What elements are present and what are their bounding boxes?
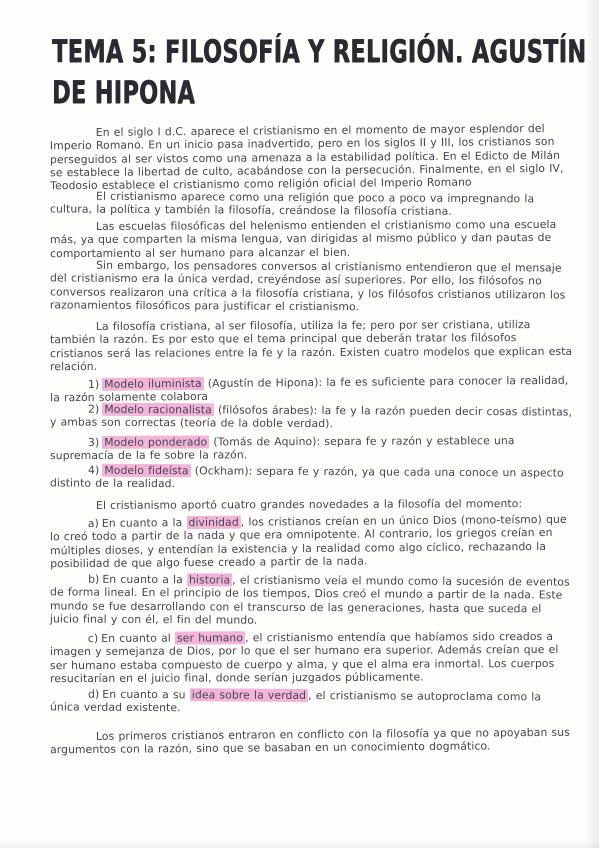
novelty-lead: En cuanto a la [102,516,187,530]
novelty-item-historia: b)En cuanto a la historia, el cristianis… [50,573,573,629]
model-item-fideista: 4)Modelo fideísta (Ockham): separa fe y … [50,464,573,494]
model-item-iluminista: 1)Modelo iluminista (Agustín de Hipona):… [50,374,573,405]
closing-paragraph: Los primeros cristianos entraron en conf… [50,726,573,757]
novelty-lead: En cuanto a su [102,687,190,701]
model-term-highlight: Modelo iluminista [102,377,204,391]
model-number: 3) [88,435,99,448]
paragraph-religion-philosophy: El cristianismo aparece como una religió… [50,190,573,220]
novelty-letter: d) [88,687,99,700]
novelty-term-highlight: idea sobre la verdad [190,688,308,702]
novelty-term-highlight: divinidad [186,516,240,529]
novelty-item-divinidad: a)En cuanto a la divinidad, los cristian… [50,513,573,571]
model-term-highlight: Modelo fideísta [102,464,190,478]
novelty-letter: b) [88,573,99,586]
novelty-letter: a) [88,517,99,530]
novelty-item-ser-humano: c)En cuanto al ser humano, el cristianis… [50,630,573,685]
novelty-term-highlight: historia [187,573,232,586]
paragraph-hellenistic-schools: Las escuelas filosóficas del helenismo e… [50,218,573,260]
page-title-line-1: TEMA 5: FILOSOFÍA Y RELIGIÓN. AGUSTÍN [52,32,427,73]
novelty-lead: En cuanto a la [102,573,187,587]
page-title: TEMA 5: FILOSOFÍA Y RELIGIÓN. AGUSTÍN DE… [52,32,573,114]
model-number: 4) [88,464,99,477]
model-number: 1) [88,378,99,391]
page-title-line-2: DE HIPONA [52,73,427,114]
novelties-intro: El cristianismo aportó cuatro grandes no… [50,497,573,513]
handwritten-notes-page: TEMA 5: FILOSOFÍA Y RELIGIÓN. AGUSTÍN DE… [0,0,599,848]
model-item-racionalista: 2)Modelo racionalista (filósofos árabes)… [50,402,573,432]
novelty-lead: En cuanto al [101,632,175,645]
paragraph-converts-critique: Sin embargo, los pensadores conversos al… [50,258,573,314]
model-item-ponderado: 3)Modelo ponderado (Tomás de Aquino): se… [50,433,573,462]
model-term-highlight: Modelo ponderado [102,435,209,448]
notes-body: En el siglo I d.C. aparece el cristianis… [50,124,573,755]
model-term-highlight: Modelo racionalista [102,403,214,417]
paragraph-faith-reason: La filosofía cristiana, al ser filosofía… [50,318,573,373]
novelty-term-highlight: ser humano [175,632,245,645]
paragraph-christianity-origin: En el siglo I d.C. aparece el cristianis… [50,122,574,193]
novelty-letter: c) [88,632,98,645]
model-number: 2) [88,403,99,416]
novelty-item-verdad: d)En cuanto a su idea sobre la verdad, e… [50,687,573,717]
